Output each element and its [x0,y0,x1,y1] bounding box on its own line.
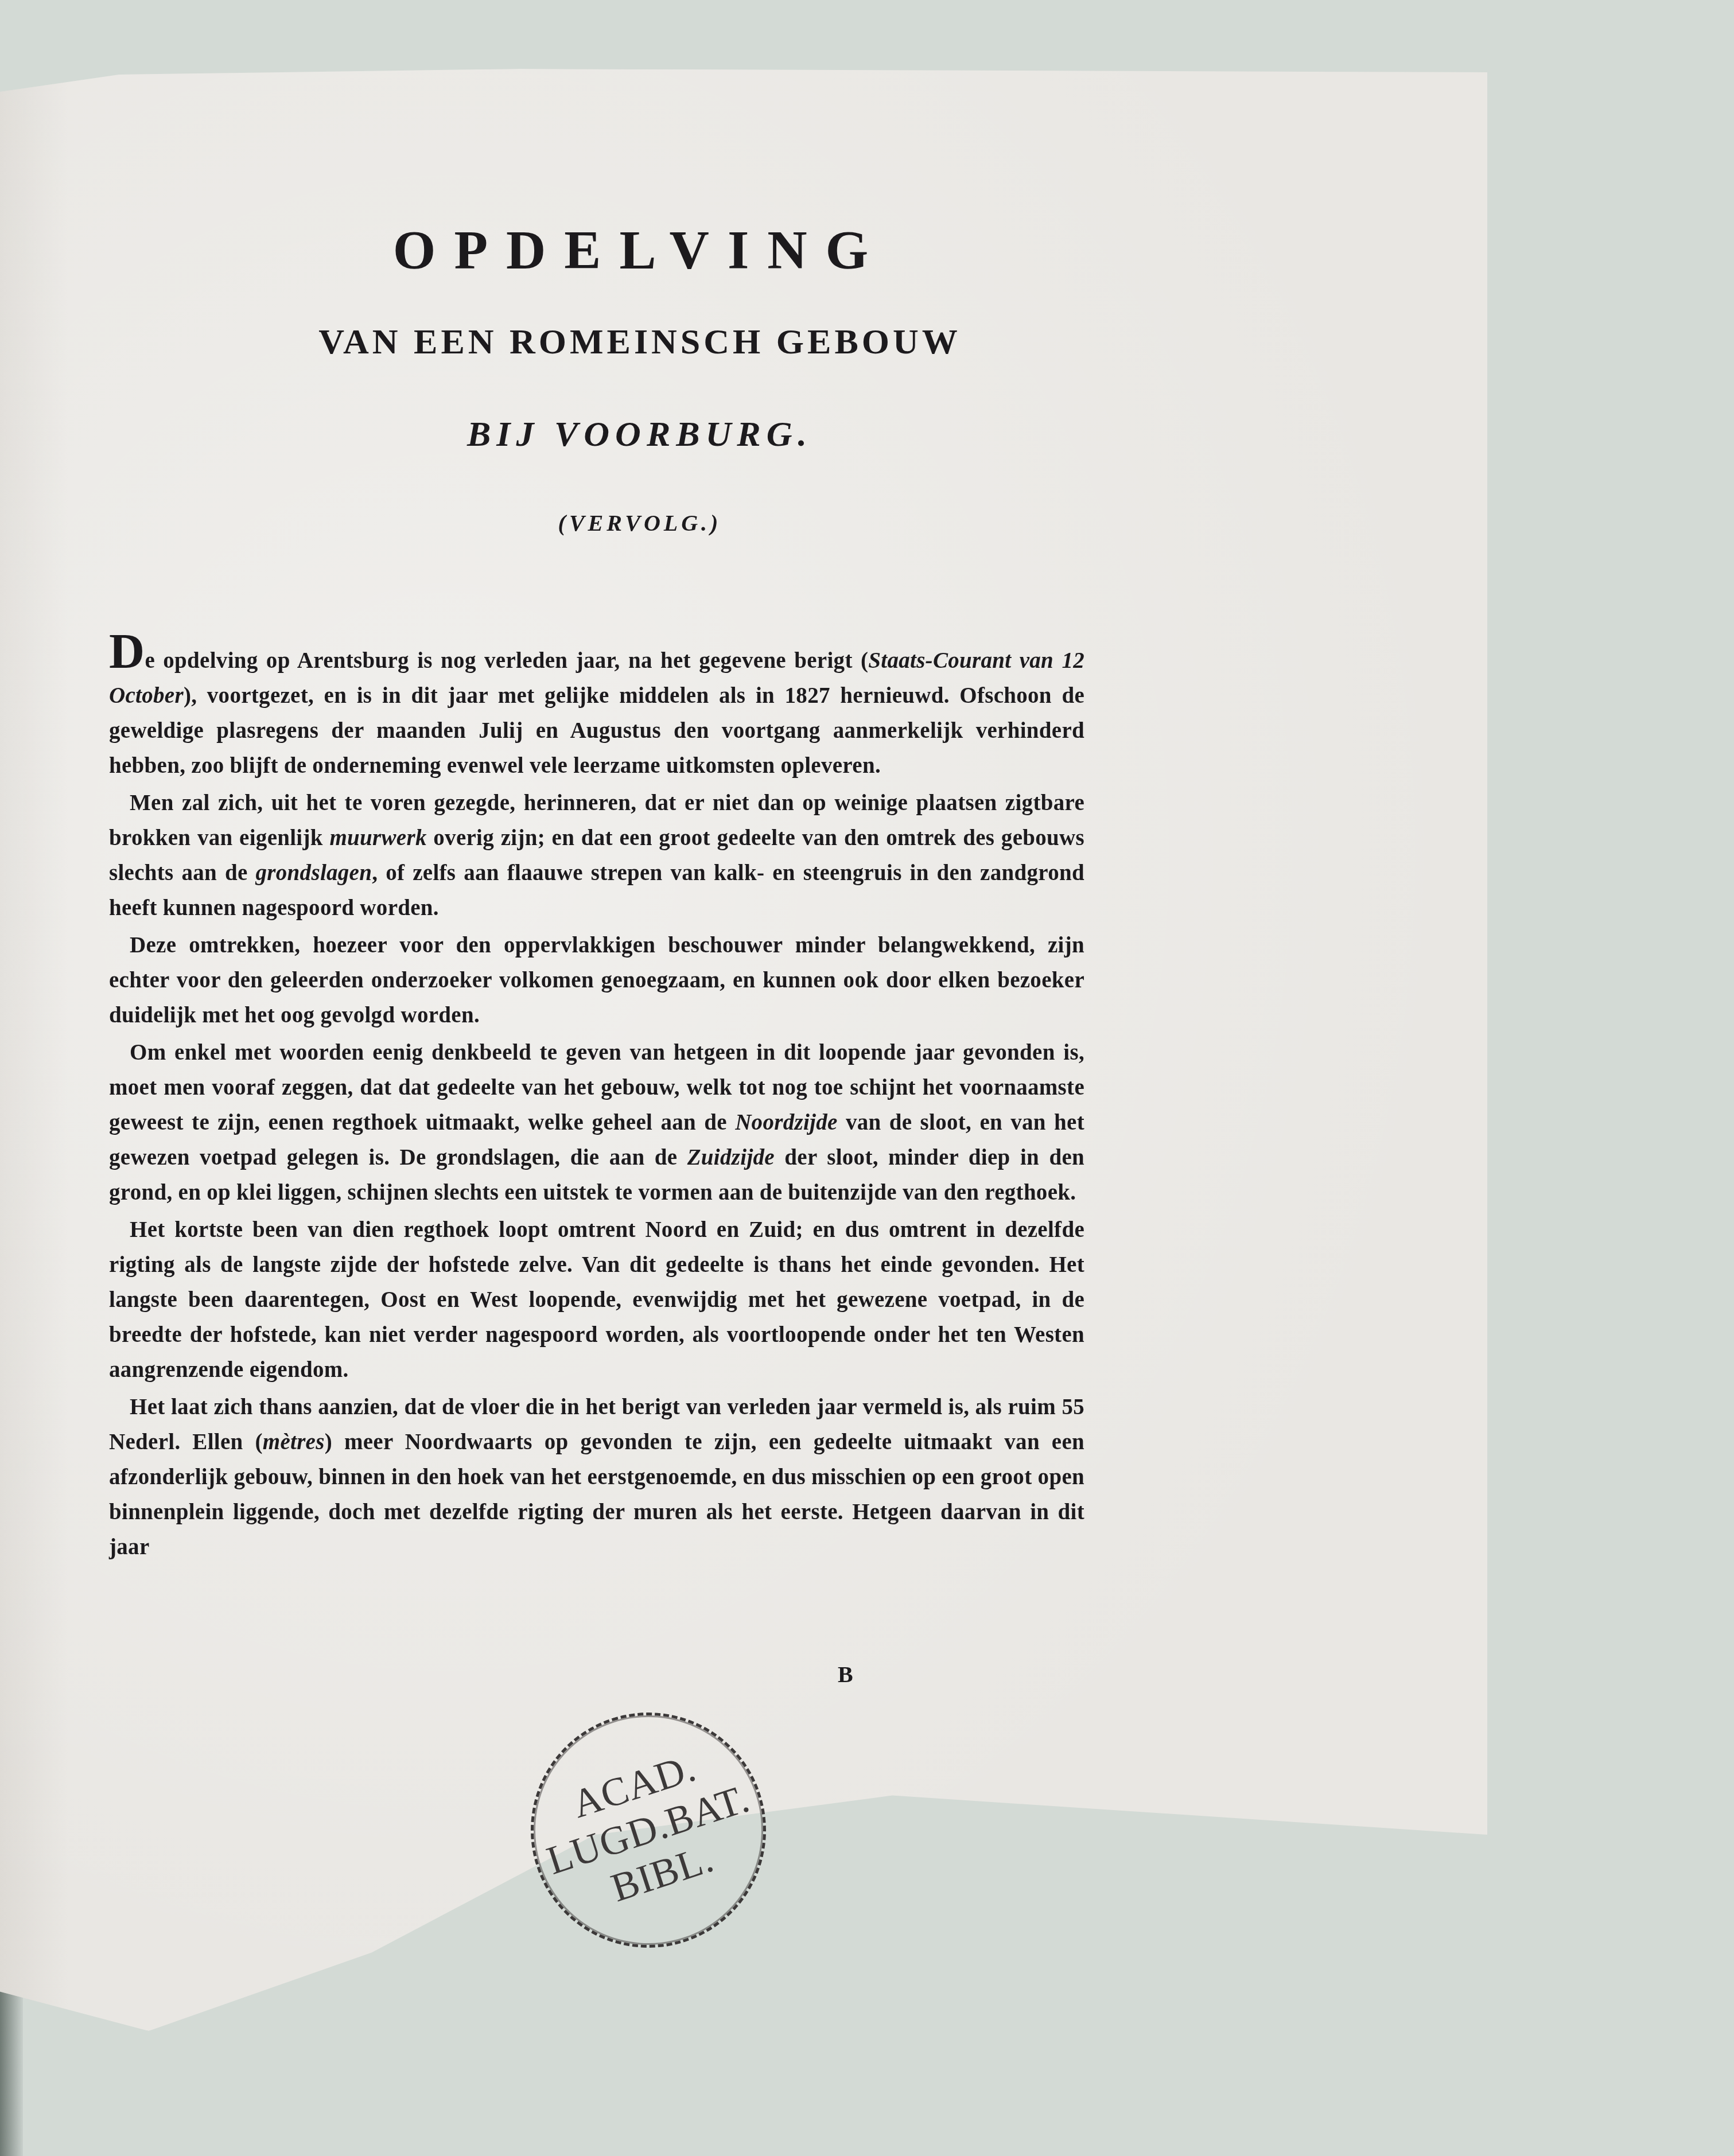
drop-cap: D [109,624,145,679]
page-place-heading: BIJ VOORBURG. [109,414,1084,455]
paragraph: Het kortste been van dien regthoek loopt… [109,1212,1084,1387]
page-subtitle: VAN EEN ROMEINSCH GEBOUW [109,322,1084,363]
text-run: Deze omtrekken, hoezeer voor den oppervl… [109,933,1084,1028]
body-text: De opdelving op Arentsburg is nog verled… [109,634,1084,1565]
italic-text: muurwerk [329,826,426,850]
continuation-label: (VERVOLG.) [109,509,1084,536]
italic-text: Noordzijde [735,1110,838,1135]
paragraph: De opdelving op Arentsburg is nog verled… [109,634,1084,783]
text-run: ), voortgezet, en is in dit jaar met gel… [109,683,1084,778]
page-title: OPDELVING [109,218,1084,282]
paragraph: Men zal zich, uit het te voren gezegde, … [109,785,1084,925]
paragraph: Deze omtrekken, hoezeer voor den oppervl… [109,928,1084,1033]
italic-text: Zuidzijde [687,1145,775,1170]
signature-mark: B [838,1661,853,1688]
paragraph: Om enkel met woorden eenig denkbeeld te … [109,1035,1084,1210]
text-run: Het kortste been van dien regthoek loopt… [109,1217,1084,1382]
page-content: OPDELVING VAN EEN ROMEINSCH GEBOUW BIJ V… [109,218,1084,1567]
text-run: e opdelving op Arentsburg is nog verlede… [145,648,868,673]
paragraph: Het laat zich thans aanzien, dat de vloe… [109,1390,1084,1565]
italic-text: grondslagen [256,861,372,885]
italic-text: mètres [263,1430,325,1454]
